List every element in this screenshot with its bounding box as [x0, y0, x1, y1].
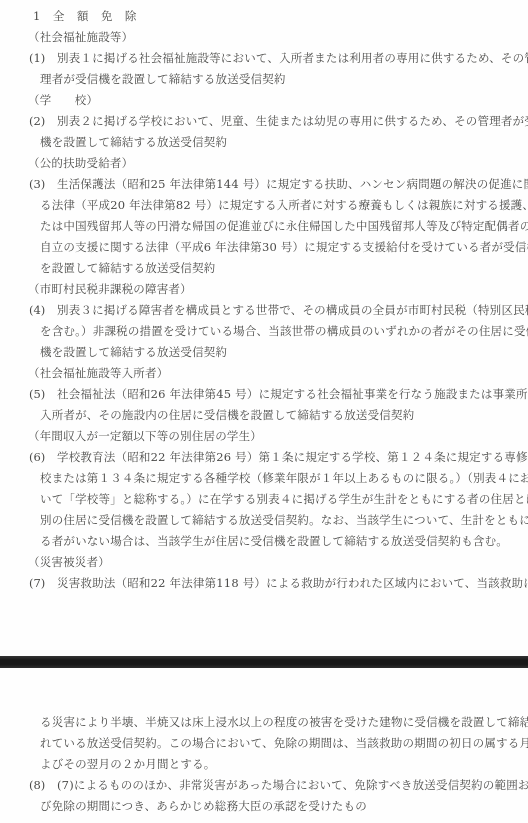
- text-continuation-line: 入所者が、その施設内の住居に受信機を設置して締結する放送受信契約: [0, 405, 528, 426]
- item-number: (4): [29, 300, 57, 321]
- text-continuation-line: 理者が受信機を設置して締結する放送受信契約: [0, 69, 528, 90]
- text-continuation-line: び免除の期間につき、あらかじめ総務大臣の承認を受けたもの: [0, 796, 528, 817]
- item-line: (6)学校教育法（昭和22 年法律第26 号）第１条に規定する学校、第１２４条に…: [0, 447, 528, 468]
- item-text: (7)によるもののほか、非常災害があった場合において、免除すべき放送受信契約の範…: [57, 778, 528, 792]
- category-label-line: （学 校）: [0, 90, 528, 111]
- category-label-line: （年間収入が一定額以下等の別住居の学生）: [0, 426, 528, 447]
- item-line: (7)災害救助法（昭和22 年法律第118 号）による救助が行われた区域内におい…: [0, 573, 528, 594]
- text-continuation-line: 機を設置して締結する放送受信契約: [0, 132, 528, 153]
- item-line: (3)生活保護法（昭和25 年法律第144 号）に規定する扶助、ハンセン病問題の…: [0, 174, 528, 195]
- text-continuation-line: る者がいない場合は、当該学生が住居に受信機を設置して締結する放送受信契約も含む。: [0, 531, 528, 552]
- page1-text-block: 1 全 額 免 除（社会福祉施設等）(1)別表１に掲げる社会福祉施設等において、…: [0, 6, 528, 594]
- text-continuation-line: 機を設置して締結する放送受信契約: [0, 342, 528, 363]
- item-number: (5): [29, 384, 57, 405]
- item-line: (1)別表１に掲げる社会福祉施設等において、入所者または利用者の専用に供するため…: [0, 48, 528, 69]
- document-page: 1 全 額 免 除（社会福祉施設等）(1)別表１に掲げる社会福祉施設等において、…: [0, 0, 528, 823]
- item-line: (8)(7)によるもののほか、非常災害があった場合において、免除すべき放送受信契…: [0, 775, 528, 796]
- text-continuation-line: いて「学校等」と総称する。）に在学する別表４に掲げる学生が生計をともにする者の住…: [0, 489, 528, 510]
- category-label-line: （災害被災者）: [0, 552, 528, 573]
- category-label-line: （公的扶助受給者）: [0, 153, 528, 174]
- category-label-line: （社会福祉施設等）: [0, 27, 528, 48]
- item-text: 学校教育法（昭和22 年法律第26 号）第１条に規定する学校、第１２４条に規定す…: [57, 450, 528, 464]
- item-text: 別表２に掲げる学校において、児童、生徒または幼児の専用に供するため、その管理者が…: [57, 114, 528, 128]
- page-break-divider: [0, 656, 528, 668]
- text-continuation-line: を設置して締結する放送受信契約: [0, 258, 528, 279]
- item-number: (1): [29, 48, 57, 69]
- item-number: (7): [29, 573, 57, 594]
- text-continuation-line: 別の住居に受信機を設置して締結する放送受信契約。なお、当該学生について、生計をと…: [0, 510, 528, 531]
- text-continuation-line: れている放送受信契約。この場合において、免除の期間は、当該救助の期間の初日の属す…: [0, 733, 528, 754]
- item-number: (8): [29, 775, 57, 796]
- text-continuation-line: を含む。）非課税の措置を受けている場合、当該世帯の構成員のいずれかの者がその住居…: [0, 321, 528, 342]
- category-label-line: （市町村民税非課税の障害者）: [0, 279, 528, 300]
- item-line: (5)社会福祉法（昭和26 年法律第45 号）に規定する社会福祉事業を行なう施設…: [0, 384, 528, 405]
- document-title: 1 全 額 免 除: [0, 6, 528, 27]
- category-label-line: （社会福祉施設等入所者）: [0, 363, 528, 384]
- text-continuation-line: たは中国残留邦人等の円滑な帰国の促進並びに永住帰国した中国残留邦人等及び特定配偶…: [0, 216, 528, 237]
- text-continuation-line: 校または第１３４条に規定する各種学校（修業年限が１年以上あるものに限る。）（別表…: [0, 468, 528, 489]
- item-number: (6): [29, 447, 57, 468]
- item-number: (2): [29, 111, 57, 132]
- item-line: (4)別表３に掲げる障害者を構成員とする世帯で、その構成員の全員が市町村民税（特…: [0, 300, 528, 321]
- item-text: 別表３に掲げる障害者を構成員とする世帯で、その構成員の全員が市町村民税（特別区民…: [57, 303, 528, 317]
- page2-text-block: る災害により半壊、半焼又は床上浸水以上の程度の被害を受けた建物に受信機を設置して…: [0, 712, 528, 817]
- item-line: (2)別表２に掲げる学校において、児童、生徒または幼児の専用に供するため、その管…: [0, 111, 528, 132]
- item-text: 社会福祉法（昭和26 年法律第45 号）に規定する社会福祉事業を行なう施設または…: [57, 387, 528, 401]
- text-continuation-line: る災害により半壊、半焼又は床上浸水以上の程度の被害を受けた建物に受信機を設置して…: [0, 712, 528, 733]
- item-text: 別表１に掲げる社会福祉施設等において、入所者または利用者の専用に供するため、その…: [57, 51, 528, 65]
- text-continuation-line: 自立の支援に関する法律（平成6 年法律第30 号）に規定する支援給付を受けている…: [0, 237, 528, 258]
- text-continuation-line: る法律（平成20 年法律第82 号）に規定する入所者に対する療養もしくは親族に対…: [0, 195, 528, 216]
- item-number: (3): [29, 174, 57, 195]
- item-text: 生活保護法（昭和25 年法律第144 号）に規定する扶助、ハンセン病問題の解決の…: [57, 177, 528, 191]
- item-text: 災害救助法（昭和22 年法律第118 号）による救助が行われた区域内において、当…: [57, 576, 528, 590]
- text-continuation-line: よびその翌月の２か月間とする。: [0, 754, 528, 775]
